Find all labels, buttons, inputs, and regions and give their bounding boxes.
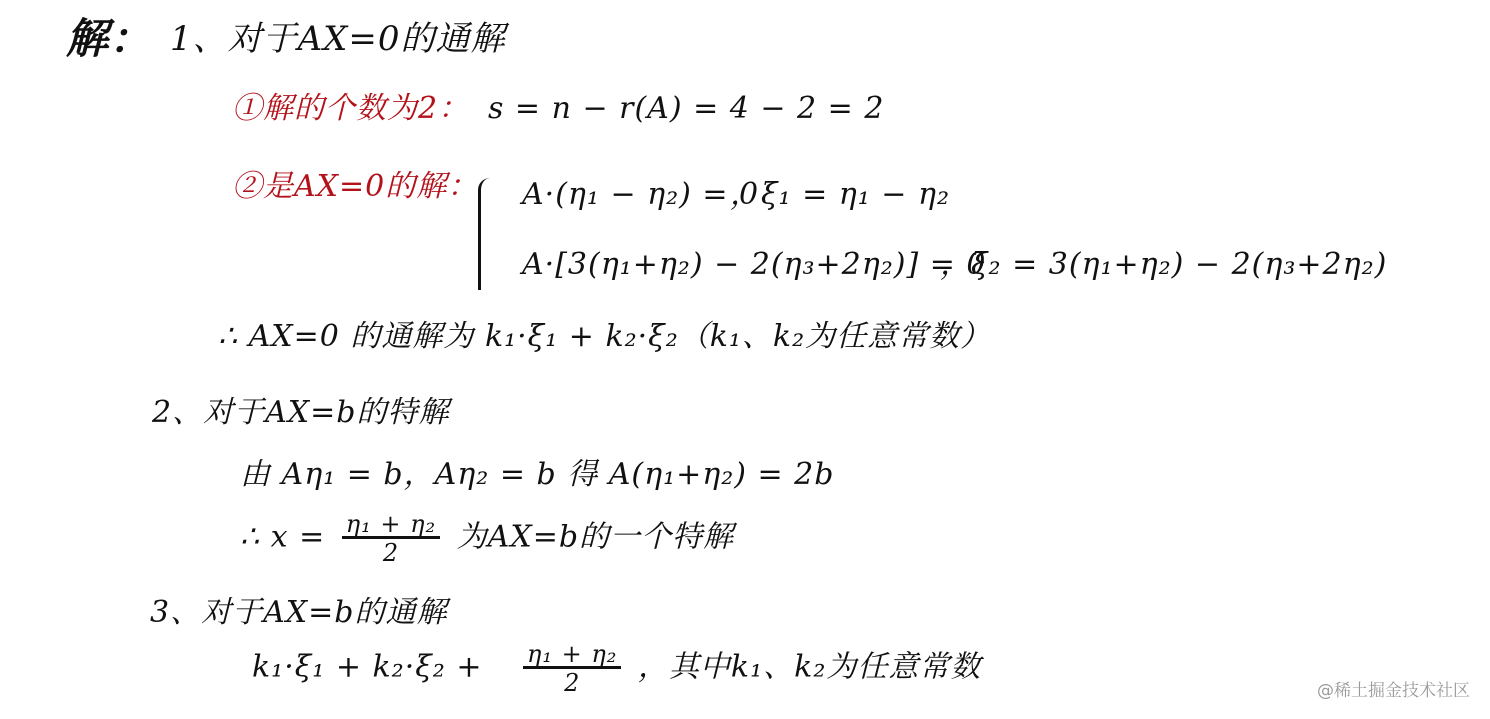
section1-conclusion: ∴ AX=0 的通解为 k₁·ξ₁ + k₂·ξ₂（k₁、k₂为任意常数） [218,322,991,352]
fraction: η₁ + η₂ 2 [342,512,440,565]
solution-label: 解： [66,18,152,60]
section1-title: 1、对于AX=0的通解 [170,22,506,56]
section3-prefix: k₁·ξ₁ + k₂·ξ₂ + [252,650,482,685]
fraction-numerator: η₁ + η₂ [342,512,440,539]
watermark: @稀土掘金技术社区 [1317,676,1470,701]
equation-brace [478,178,495,290]
step2-eq2: A·[3(η₁+η₂) − 2(η₃+2η₂)] = 0 [522,250,986,280]
step2-eq2-result: ，ξ₂ = 3(η₁+η₂) − 2(η₃+2η₂) [940,250,1387,280]
section3-suffix: ，其中k₁、k₂为任意常数 [638,650,981,685]
fraction-denominator: 2 [523,669,621,695]
section2-line1: 由 Aη₁ = b，Aη₂ = b 得 A(η₁+η₂) = 2b [240,460,834,490]
section2-line2-suffix: 为AX=b的一个特解 [457,520,734,555]
fraction-denominator: 2 [342,539,440,565]
step2-label: ②是AX=0的解： [232,172,478,202]
step1-label: ①解的个数为2： [232,94,469,124]
section2-line2-prefix: ∴ x = [240,520,325,555]
section3-title: 3、对于AX=b的通解 [150,598,447,628]
fraction: η₁ + η₂ 2 [523,642,621,695]
step2-eq1-result: ，ξ₁ = η₁ − η₂ [730,180,950,210]
step2-eq1: A·(η₁ − η₂) = 0 [522,180,759,210]
fraction-numerator: η₁ + η₂ [523,642,621,669]
section2-line2: ∴ x = η₁ + η₂ 2 为AX=b的一个特解 [240,512,734,565]
section3-line: k₁·ξ₁ + k₂·ξ₂ + η₁ + η₂ 2 ，其中k₁、k₂为任意常数 [252,642,981,695]
step1-formula: s = n − r(A) = 4 − 2 = 2 [488,94,884,124]
section2-title: 2、对于AX=b的特解 [152,398,449,428]
